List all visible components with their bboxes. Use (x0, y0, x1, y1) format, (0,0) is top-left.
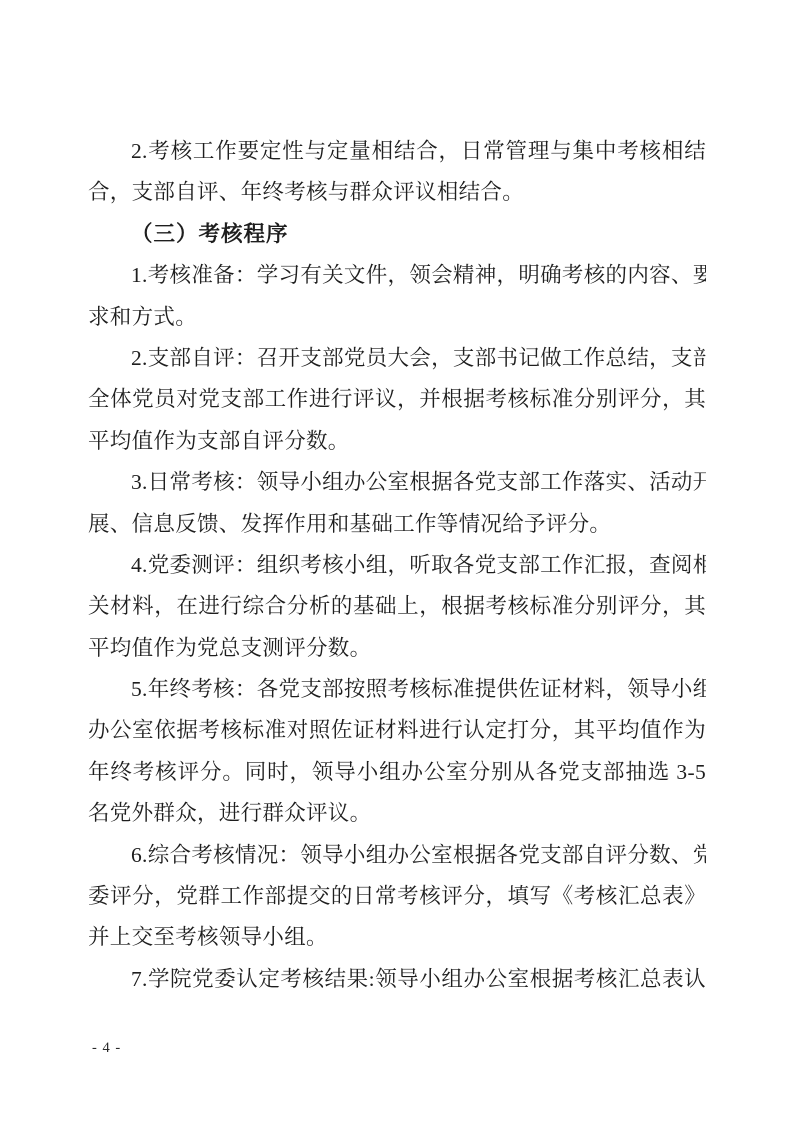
text-line: 1.考核准备：学习有关文件，领会精神，明确考核的内容、要 (88, 255, 706, 296)
text-line: 平均值作为支部自评分数。 (88, 421, 706, 462)
text-line: 全体党员对党支部工作进行评议，并根据考核标准分别评分，其 (88, 379, 706, 420)
text-line: 2.支部自评：召开支部党员大会，支部书记做工作总结，支部 (88, 338, 706, 379)
text-line: 并上交至考核领导小组。 (88, 917, 706, 958)
document-page: 2.考核工作要定性与定量相结合，日常管理与集中考核相结合，支部自评、年终考核与群… (0, 0, 793, 1122)
text-line: 展、信息反馈、发挥作用和基础工作等情况给予评分。 (88, 504, 706, 545)
text-line: 求和方式。 (88, 297, 706, 338)
text-line: 委评分，党群工作部提交的日常考核评分，填写《考核汇总表》 (88, 876, 706, 917)
text-line: 2.考核工作要定性与定量相结合，日常管理与集中考核相结 (88, 131, 706, 172)
text-line: 6.综合考核情况：领导小组办公室根据各党支部自评分数、党 (88, 835, 706, 876)
text-line: 4.党委测评：组织考核小组，听取各党支部工作汇报，查阅相 (88, 545, 706, 586)
page-number: - 4 - (92, 1040, 121, 1057)
text-line: 3.日常考核：领导小组办公室根据各党支部工作落实、活动开 (88, 462, 706, 503)
document-body: 2.考核工作要定性与定量相结合，日常管理与集中考核相结合，支部自评、年终考核与群… (88, 131, 706, 1000)
text-line: 年终考核评分。同时，领导小组办公室分别从各党支部抽选 3-5 (88, 752, 706, 793)
text-line: 名党外群众，进行群众评议。 (88, 793, 706, 834)
section-heading: （三）考核程序 (88, 214, 706, 255)
text-line: 5.年终考核：各党支部按照考核标准提供佐证材料，领导小组 (88, 669, 706, 710)
text-line: 关材料，在进行综合分析的基础上，根据考核标准分别评分，其 (88, 586, 706, 627)
text-line: 办公室依据考核标准对照佐证材料进行认定打分，其平均值作为 (88, 710, 706, 751)
text-line: 合，支部自评、年终考核与群众评议相结合。 (88, 172, 706, 213)
text-line: 平均值作为党总支测评分数。 (88, 628, 706, 669)
text-line: 7.学院党委认定考核结果:领导小组办公室根据考核汇总表认 (88, 959, 706, 1000)
